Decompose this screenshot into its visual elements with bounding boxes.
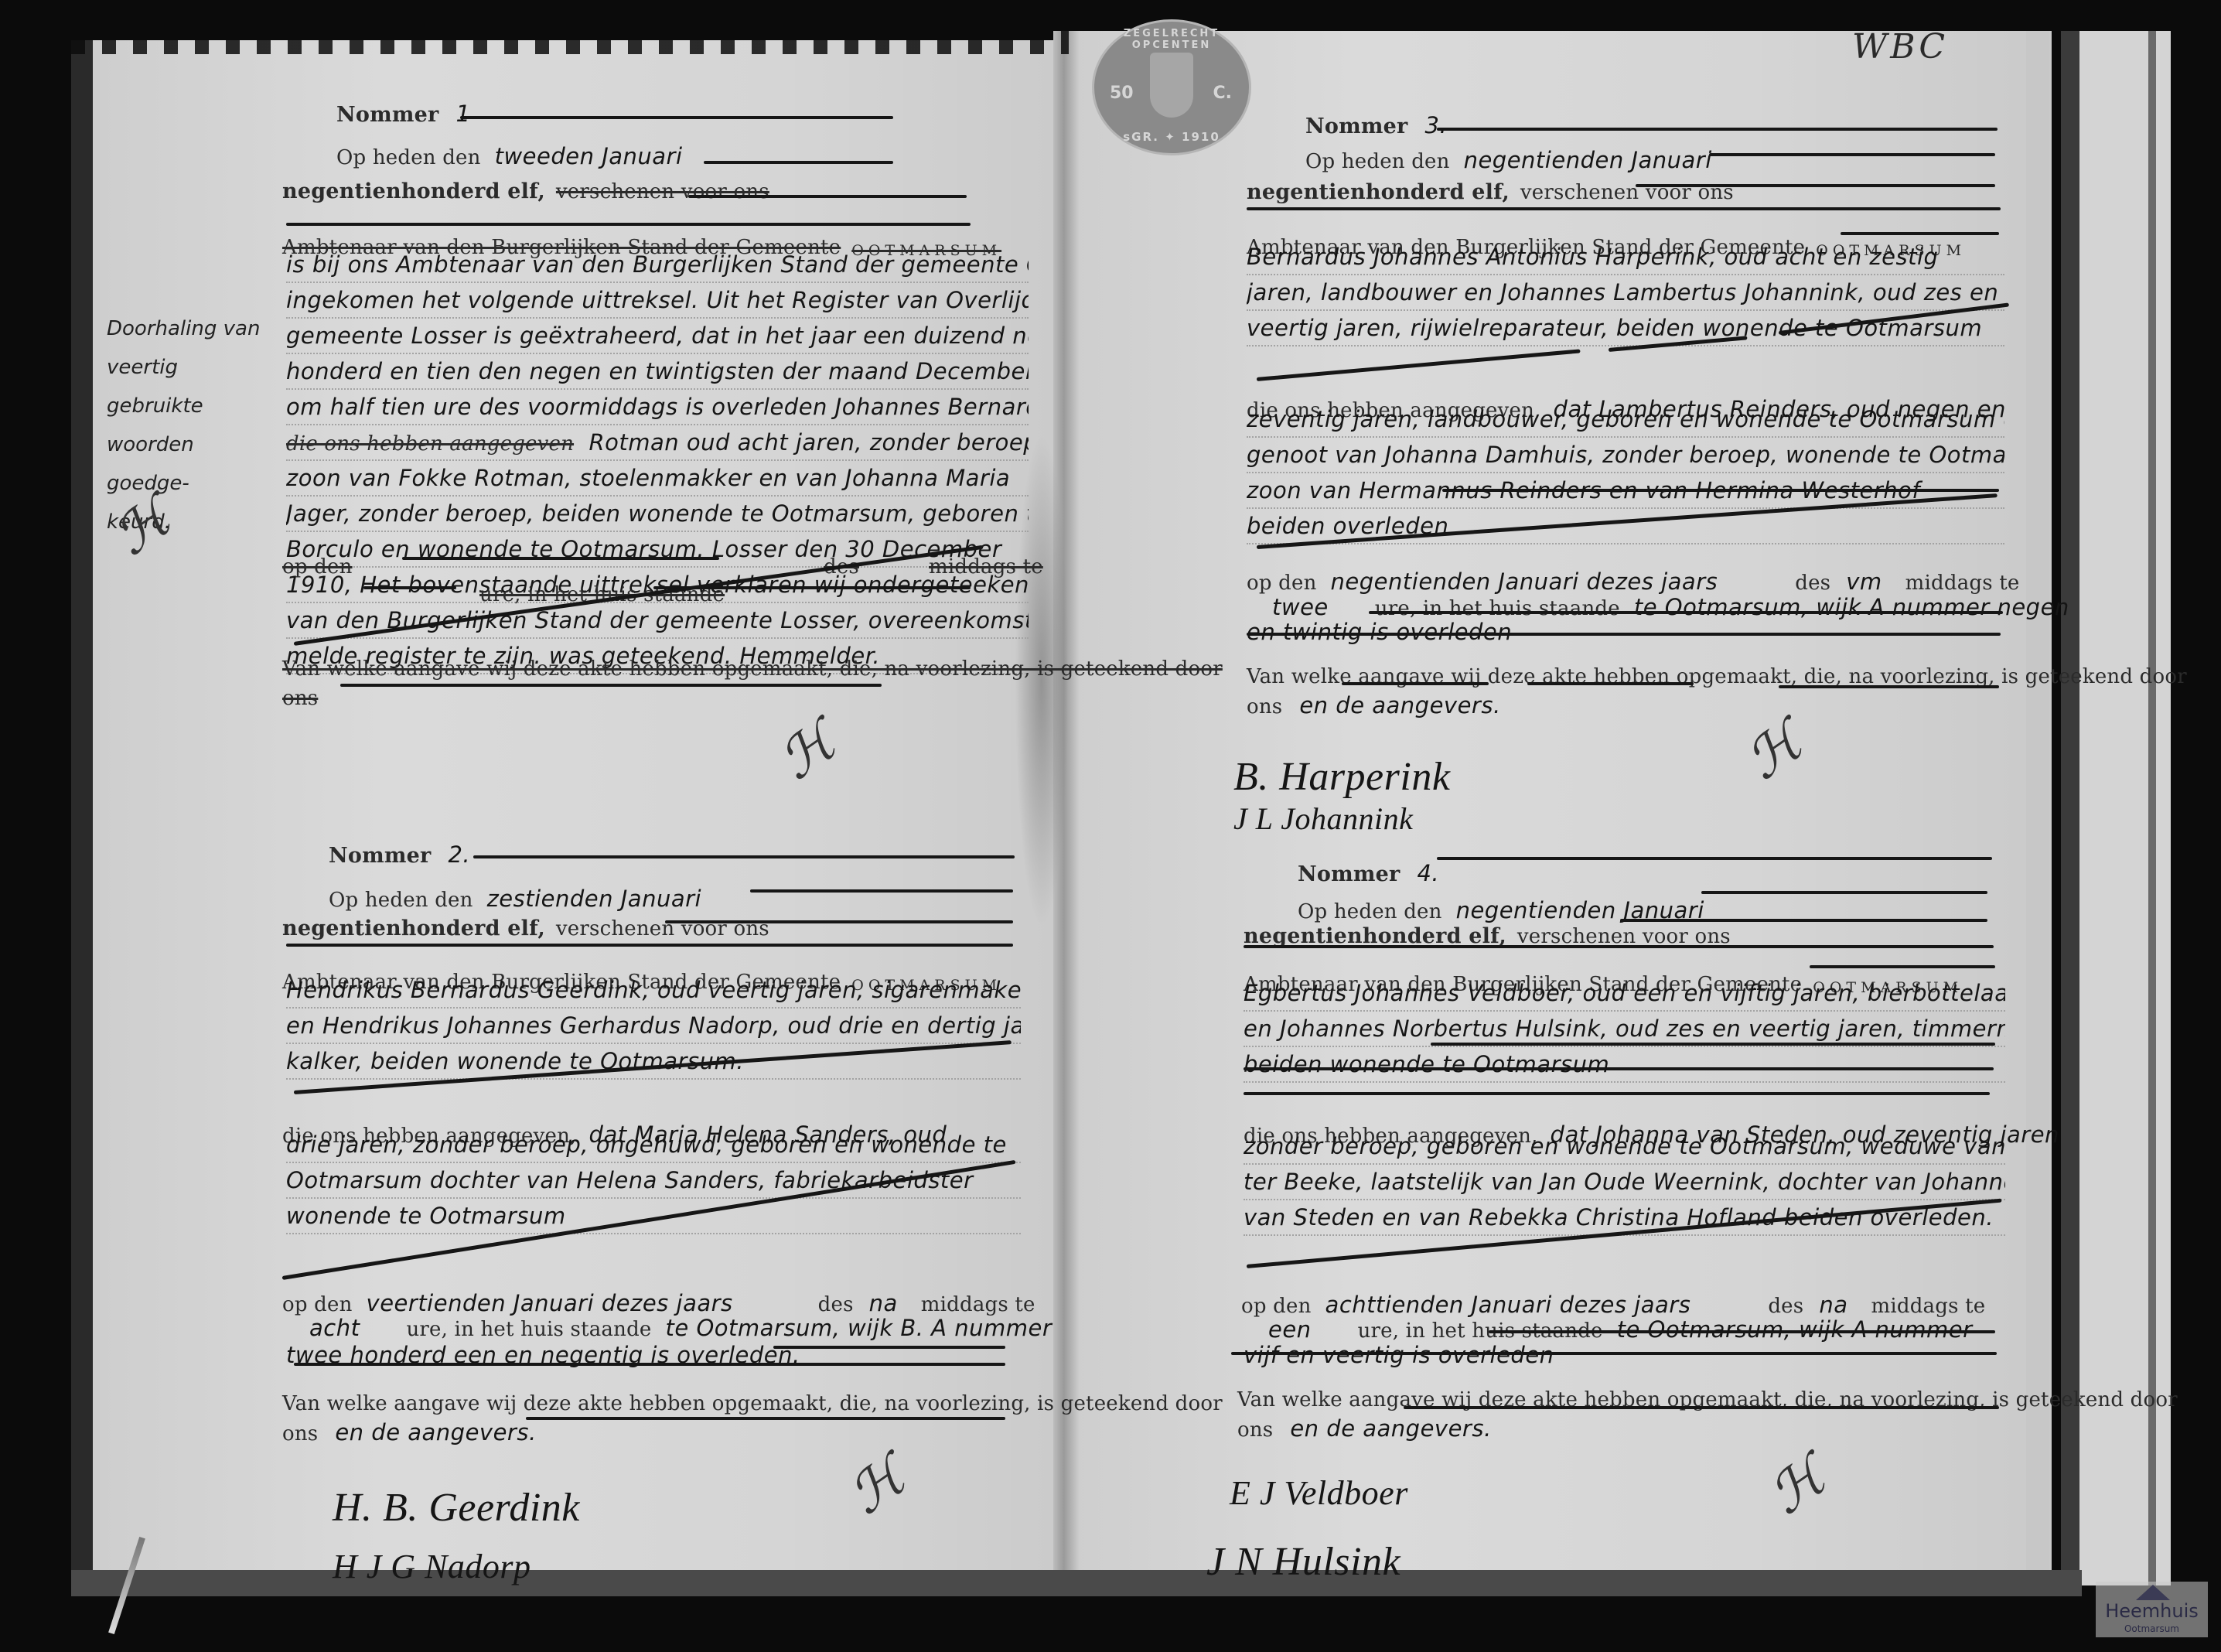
huis-value: te Ootmarsum, wijk A nummer negen	[1634, 594, 2069, 620]
comparant-line: Egbertus Johannes Veldboer, oud een en v…	[1244, 976, 2005, 1012]
body-line: Jager, zonder beroep, beiden wonende te …	[286, 497, 1029, 532]
nommer-value: 2.	[448, 841, 470, 868]
binding-strip	[2061, 31, 2079, 1585]
huis-cont: vijf en veertig is overleden	[1244, 1342, 1554, 1368]
signature: E J Veldboer	[1230, 1473, 1408, 1513]
comparant-line: Bernardus Johannes Antonius Harperink, o…	[1247, 240, 2004, 275]
entry-2-van-welke: Van welke aangave wij deze akte hebben o…	[282, 1392, 1223, 1415]
body-text: Rotman oud acht jaren, zonder beroep, on…	[589, 429, 1029, 456]
outer-rule	[2148, 31, 2156, 1585]
entry-3-date: Op heden den negentienden Januari	[1305, 147, 1712, 173]
op-heden-label: Op heden den	[1298, 900, 1442, 923]
huis-value: te Ootmarsum, wijk B. A nummer	[666, 1315, 1053, 1341]
body-line: om half tien ure des voormiddags is over…	[286, 390, 1029, 425]
des-value: na	[1819, 1292, 1847, 1318]
year-label: negentienhonderd elf,	[282, 916, 545, 940]
logo-name: Heemhuis	[2096, 1600, 2208, 1622]
entry-4-nommer: Nommer 4.	[1298, 860, 1439, 886]
comparant-line: veertig jaren, rijwielreparateur, beiden…	[1247, 311, 2004, 346]
year-label: negentienhonderd elf,	[282, 179, 545, 203]
ure-label: ure, in het huis staande	[1375, 597, 1620, 620]
declaration-line: zeventig jaren, landbouwer, geboren en w…	[1247, 402, 2004, 438]
entry-2-signature-2: H J G Nadorp	[333, 1547, 531, 1586]
ons-value: en de aangevers.	[1299, 692, 1500, 718]
entry-1-nommer: Nommer 1	[336, 101, 470, 127]
op-den-label: op den	[282, 1293, 353, 1316]
stamp-unit: C.	[1213, 84, 1232, 103]
huis-value: te Ootmarsum, wijk A nummer	[1617, 1316, 1973, 1343]
van-welke-struck: Van welke aangave wij deze akte hebben o…	[282, 657, 1223, 681]
date-value: zestienden Januari	[487, 886, 702, 912]
middags-struck: middags te	[929, 555, 1043, 579]
middags-label: middags te	[1905, 572, 2020, 595]
op-den-value: negentienden Januari dezes jaars	[1331, 568, 1718, 595]
entry-3-ure: twee ure, in het huis staande te Ootmars…	[1272, 594, 2069, 620]
huis-cont: en twintig is overleden	[1247, 619, 1512, 645]
op-heden-label: Op heden den	[1305, 150, 1450, 173]
ons-label: ons	[282, 1422, 318, 1445]
op-den-label: op den	[1241, 1295, 1312, 1318]
middags-label: middags te	[921, 1293, 1035, 1316]
nommer-label: Nommer	[329, 844, 431, 868]
binding-edge	[2026, 31, 2049, 1585]
ure-value: een	[1268, 1316, 1312, 1343]
nommer-label: Nommer	[1305, 114, 1407, 138]
body-line: is bij ons Ambtenaar van den Burgerlijke…	[286, 247, 1029, 283]
middags-label: middags te	[1871, 1295, 1985, 1318]
entry-2-ons: ons en de aangevers.	[282, 1419, 537, 1445]
torn-top-edge	[71, 31, 1069, 54]
ons-label: ons	[1247, 695, 1282, 718]
declaration-line: Ootmarsum dochter van Helena Sanders, fa…	[286, 1163, 1021, 1199]
des-label: des	[818, 1293, 854, 1316]
op-den-value: achttienden Januari dezes jaars	[1325, 1292, 1691, 1318]
crest-icon	[1150, 53, 1193, 118]
logo-place: Ootmarsum	[2096, 1623, 2208, 1634]
entry-2-date: Op heden den zestienden Januari	[329, 886, 701, 912]
body-line: van den Burgerlijken Stand der gemeente …	[286, 603, 1029, 639]
entry-1-ons: ons	[282, 687, 318, 710]
margin-note-line: Doorhaling van	[107, 309, 261, 348]
des-label: des	[1768, 1295, 1803, 1318]
comparant-line: Hendrikus Bernardus Geerdink, oud veerti…	[286, 973, 1021, 1009]
nommer-value: 1	[455, 101, 470, 127]
nommer-label: Nommer	[1298, 862, 1400, 886]
ure-value: twee	[1272, 594, 1329, 620]
ons-struck: ons	[282, 687, 318, 710]
entry-2-op-den: op den veertienden Januari dezes jaars d…	[282, 1290, 1035, 1316]
ons-value: en de aangevers.	[1290, 1415, 1491, 1442]
stamp-value: 50	[1110, 84, 1134, 103]
signature: H. B. Geerdink	[333, 1485, 580, 1531]
body-line: zoon van Fokke Rotman, stoelenmakker en …	[286, 461, 1029, 497]
comparant-line: en Hendrikus Johannes Gerhardus Nadorp, …	[286, 1009, 1021, 1044]
entry-3-signature-2: J L Johannink	[1233, 800, 1413, 837]
comparant-line: beiden wonende te Ootmarsum	[1244, 1047, 2005, 1083]
op-heden-label: Op heden den	[336, 146, 481, 169]
van-welke-label: Van welke aangave wij deze akte hebben o…	[282, 1392, 1223, 1415]
margin-note-line: woorden goedge-	[107, 425, 261, 503]
year-label: negentienhonderd elf,	[1247, 180, 1510, 204]
verschenen-struck: verschenen voor ons	[556, 180, 769, 203]
entry-3-nommer: Nommer 3.	[1305, 112, 1447, 138]
entry-3-comparants: Bernardus Johannes Antonius Harperink, o…	[1247, 240, 2004, 346]
entry-1-des: des middags te	[824, 555, 1043, 579]
des-value: vm	[1846, 568, 1882, 595]
entry-1-year: negentienhonderd elf, verschenen voor on…	[282, 179, 769, 203]
ure-label: ure, in het huis staande	[406, 1318, 651, 1341]
ons-label: ons	[1237, 1418, 1273, 1442]
outer-page-edge	[2079, 31, 2171, 1585]
entry-3-ons: ons en de aangevers.	[1247, 692, 1501, 718]
ons-value: en de aangevers.	[335, 1419, 536, 1445]
entry-4-ons: ons en de aangevers.	[1237, 1415, 1492, 1442]
nommer-value: 4.	[1417, 860, 1439, 886]
declaration-line: ter Beeke, laatstelijk van Jan Oude Weer…	[1244, 1165, 2005, 1200]
nommer-value: 3.	[1424, 112, 1447, 138]
comparant-line: jaren, landbouwer en Johannes Lambertus …	[1247, 275, 2004, 311]
stamp-year: sGR. ✦ 1910	[1094, 130, 1249, 144]
body-line: ingekomen het volgende uittreksel. Uit h…	[286, 283, 1029, 319]
nommer-label: Nommer	[336, 103, 438, 127]
entry-2-ure: acht ure, in het huis staande te Ootmars…	[309, 1315, 1052, 1341]
signature: J L Johannink	[1233, 800, 1413, 837]
entry-4-op-den: op den achttienden Januari dezes jaars d…	[1241, 1292, 1985, 1318]
entry-2-comparants: Hendrikus Bernardus Geerdink, oud veerti…	[286, 973, 1021, 1080]
des-label: des	[1795, 572, 1830, 595]
op-den-value: veertienden Januari dezes jaars	[367, 1290, 733, 1316]
signature: B. Harperink	[1233, 754, 1450, 800]
house-roof-icon	[2136, 1585, 2170, 1600]
margin-note-line: veertig gebruikte	[107, 348, 261, 425]
entry-1-op-den: op den	[282, 555, 353, 579]
declaration-line: zonder beroep, geboren en wonende te Oot…	[1244, 1129, 2005, 1165]
struck-phrase: die ons hebben aangegeven	[286, 432, 574, 456]
body-line: gemeente Losser is geëxtraheerd, dat in …	[286, 319, 1029, 354]
entry-2-nommer: Nommer 2.	[329, 841, 470, 868]
date-value: negentienden Januari	[1464, 147, 1712, 173]
signature: J N Hulsink	[1206, 1539, 1400, 1585]
entry-1-van-welke: Van welke aangave wij deze akte hebben o…	[282, 657, 1223, 681]
entry-4-signature-1: E J Veldboer	[1230, 1473, 1408, 1513]
des-value: na	[869, 1290, 898, 1316]
entry-4-declaration: zonder beroep, geboren en wonende te Oot…	[1244, 1129, 2005, 1236]
signature: H J G Nadorp	[333, 1547, 531, 1586]
body-line: honderd en tien den negen en twintigsten…	[286, 354, 1029, 390]
wbc-mark: WBC	[1852, 27, 1948, 67]
entry-3-signature-1: B. Harperink	[1233, 754, 1450, 800]
heemhuis-logo: Heemhuis Ootmarsum	[2096, 1582, 2208, 1637]
entry-4-signature-2: J N Hulsink	[1206, 1539, 1400, 1585]
entry-1-date: Op heden den tweeden Januari	[336, 143, 683, 169]
entry-4-ure: een ure, in het huis staande te Ootmarsu…	[1268, 1316, 1973, 1343]
declaration-line: genoot van Johanna Damhuis, zonder beroe…	[1247, 438, 2004, 473]
op-heden-label: Op heden den	[329, 889, 473, 912]
entry-3-op-den: op den negentienden Januari dezes jaars …	[1247, 568, 2019, 595]
entry-4-huis-cont: vijf en veertig is overleden	[1244, 1342, 1554, 1368]
revenue-stamp: ZEGELRECHT OPCENTEN 50 C. sGR. ✦ 1910	[1092, 19, 1251, 155]
declaration-line: drie jaren, zonder beroep, ongehuwd, geb…	[286, 1128, 1021, 1163]
body-line: die ons hebben aangegeven Rotman oud ach…	[286, 425, 1029, 461]
op-den-struck: op den	[282, 555, 353, 579]
op-den-label: op den	[1247, 572, 1317, 595]
entry-1-body: is bij ons Ambtenaar van den Burgerlijke…	[286, 247, 1029, 674]
date-value: tweeden Januari	[495, 143, 683, 169]
ure-value: acht	[309, 1315, 360, 1341]
entry-2-signature-1: H. B. Geerdink	[333, 1485, 580, 1531]
declaration-line: van Steden en van Rebekka Christina Hofl…	[1244, 1200, 2005, 1236]
stamp-arc-text: ZEGELRECHT OPCENTEN	[1094, 28, 1249, 51]
entry-3-huis-cont: en twintig is overleden	[1247, 619, 1512, 645]
